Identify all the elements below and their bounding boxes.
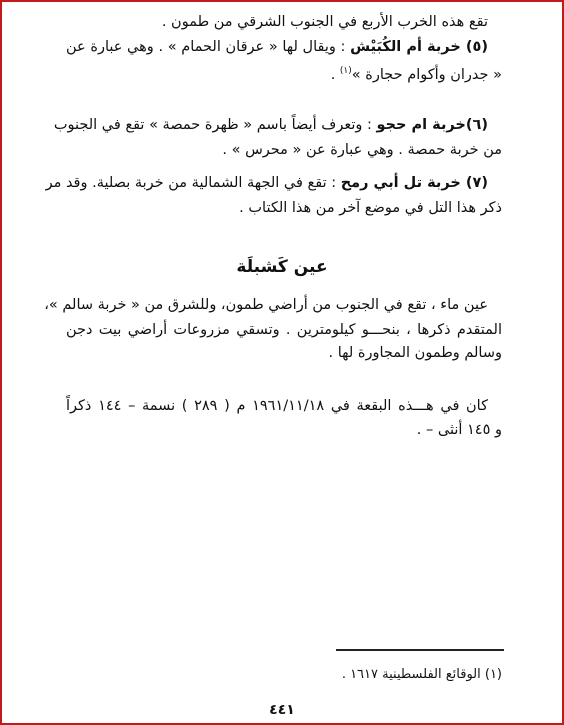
document-page: تقع هذه الخرب الأربع في الجنوب الشرقي من… bbox=[0, 0, 564, 725]
item-5-end: . bbox=[331, 67, 340, 83]
paragraph-6-line-2: من خربة حمصة . وهي عبارة عن « محرس » . bbox=[222, 140, 502, 160]
item-6-text-cont: من خربة حمصة . وهي عبارة عن « محرس » . bbox=[222, 142, 502, 158]
paragraph-6-line-1: (٦)خربة ام حجو : وتعرف أيضاً باسم « ظهرة… bbox=[66, 115, 488, 135]
item-6-title: (٦)خربة ام حجو bbox=[376, 117, 488, 133]
item-7-text-cont: ذكر هذا التل في موضع آخر من هذا الكتاب . bbox=[239, 200, 502, 216]
census-line-1: كان في هـــذه البقعة في ١٩٦١/١١/١٨ م ( ٢… bbox=[66, 396, 488, 416]
section-heading: عين كَشبلَة bbox=[0, 256, 564, 278]
section-paragraph-line-1: عين ماء ، تقع في الجنوب من أراضي طمون، و… bbox=[66, 295, 488, 315]
item-7-title: (٧) خربة تل أبي رمح bbox=[341, 175, 488, 191]
text-line-intro: تقع هذه الخرب الأربع في الجنوب الشرقي من… bbox=[162, 12, 488, 32]
section-paragraph-line-2: المتقدم ذكرها ، بنحـــو كيلومترين . وتسق… bbox=[66, 320, 502, 340]
paragraph-7-line-1: (٧) خربة تل أبي رمح : تقع في الجهة الشما… bbox=[66, 173, 488, 193]
footnote-ref: (١) bbox=[340, 66, 352, 76]
page-number: ٤٤١ bbox=[0, 701, 564, 719]
footnote-separator bbox=[336, 649, 504, 651]
intro-text: تقع هذه الخرب الأربع في الجنوب الشرقي من… bbox=[162, 14, 488, 30]
paragraph-5-line-2: « جدران وأكوام حجارة »(١) . bbox=[331, 61, 502, 85]
footnote: (١) الوقائع الفلسطينية ١٦١٧ . bbox=[342, 666, 502, 684]
item-7-text: : تقع في الجهة الشمالية من خربة بصلية. و… bbox=[46, 175, 341, 191]
item-5-text: : ويقال لها « عرقان الحمام » . وهي عبارة… bbox=[66, 39, 350, 55]
paragraph-5-line-1: (٥) خربة أم الكُبَيْش : ويقال لها « عرقا… bbox=[66, 37, 488, 57]
section-paragraph-line-3: وسالم وطمون المجاورة لها . bbox=[329, 343, 502, 363]
item-5-text-cont: « جدران وأكوام حجارة » bbox=[352, 67, 502, 83]
item-5-title: (٥) خربة أم الكُبَيْش bbox=[350, 39, 488, 55]
paragraph-7-line-2: ذكر هذا التل في موضع آخر من هذا الكتاب . bbox=[239, 198, 502, 218]
item-6-text: : وتعرف أيضاً باسم « ظهرة حمصة » تقع في … bbox=[54, 117, 377, 133]
census-line-2: و ١٤٥ أنثى – . bbox=[417, 420, 502, 440]
